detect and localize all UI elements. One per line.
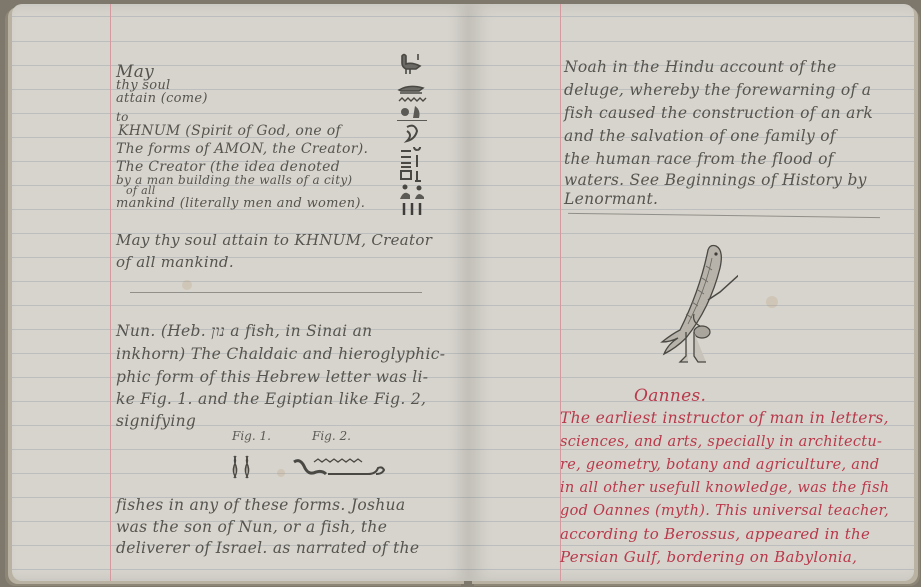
text-line: sciences, and arts, specially in archite…	[560, 430, 882, 454]
text-line: attain (come)	[116, 91, 208, 107]
text-line: Lenormant.	[564, 187, 658, 211]
text-line: ke Fig. 1. and the Egiptian like Fig. 2,	[116, 387, 426, 411]
text-line: deluge, whereby the forewarning of a	[564, 78, 871, 102]
plural-strokes-glyph-icon	[397, 201, 427, 217]
hieroglyph-column	[394, 52, 430, 217]
notebook-left-page: May thy soul attain (come) to KHNUM (Spi…	[12, 4, 468, 581]
crocodile-glyph-icon	[397, 82, 427, 96]
house-glyph-icon	[397, 169, 427, 183]
text-line: Nun. (Heb. נון a fish, in Sinai an	[116, 319, 372, 343]
water-glyph-icon	[397, 96, 427, 104]
builder-glyph-icon	[397, 147, 427, 169]
summary-line: of all mankind.	[116, 250, 234, 274]
owl-glyph-icon	[397, 104, 427, 120]
text-line: inkhorn) The Chaldaic and hieroglyphic-	[116, 342, 445, 366]
seated-figures-glyph-icon	[397, 183, 427, 201]
paper-stain	[766, 296, 778, 308]
notebook-right-page: Noah in the Hindu account of the deluge,…	[468, 4, 914, 581]
oannes-fish-man-illustration-icon	[638, 240, 738, 368]
text-line: phic form of this Hebrew letter was li-	[116, 365, 428, 389]
section-divider	[130, 292, 422, 293]
figure-label: Fig. 1.	[232, 429, 271, 443]
two-fish-glyph-icon	[230, 454, 254, 480]
text-line: signifying	[116, 409, 196, 433]
text-line: Persian Gulf, bordering on Babylonia,	[560, 545, 857, 569]
text-line: The earliest instructor of man in letter…	[560, 406, 889, 430]
margin-rule	[110, 4, 111, 581]
summary-line: May thy soul attain to KHNUM, Creator	[116, 228, 432, 252]
section-title: Oannes.	[634, 384, 706, 408]
text-line: fishes in any of these forms. Joshua	[116, 493, 405, 517]
serpent-glyph-icon	[292, 456, 392, 480]
text-line: Noah in the Hindu account of the	[564, 55, 837, 79]
text-line: mankind (literally men and women).	[116, 192, 365, 216]
text-line: god Oannes (myth). This universal teache…	[560, 499, 889, 523]
section-divider	[568, 213, 880, 218]
scarab-glyph-icon	[397, 120, 427, 143]
paper-stain	[277, 469, 285, 477]
text-line: and the salvation of one family of	[564, 124, 836, 148]
text-line: in all other usefull knowledge, was the …	[560, 476, 889, 500]
goose-glyph-icon	[398, 52, 426, 76]
text-line: re, geometry, botany and agriculture, an…	[560, 453, 879, 477]
paper-stain	[182, 280, 192, 290]
text-line: fish caused the construction of an ark	[564, 101, 873, 125]
text-line: deliverer of Israel. as narrated of the	[116, 536, 419, 560]
figure-label: Fig. 2.	[312, 429, 351, 443]
text-line: according to Berossus, appeared in the	[560, 522, 870, 546]
